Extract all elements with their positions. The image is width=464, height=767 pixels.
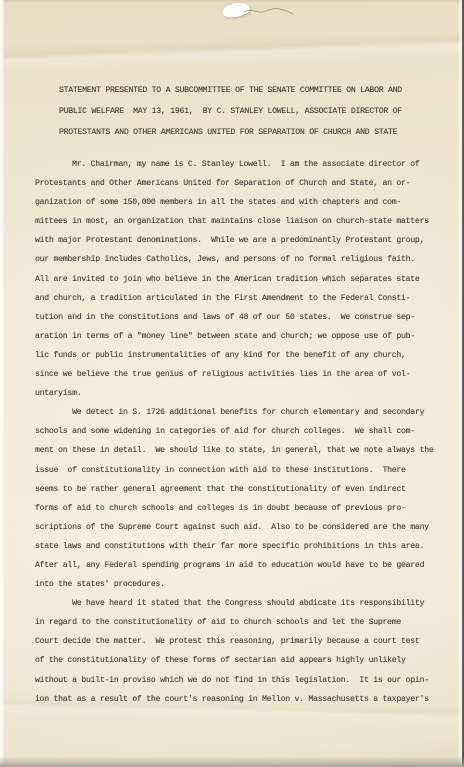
scan-edge-top	[0, 0, 464, 3]
text-line: aration in terms of a "money line" betwe…	[35, 327, 447, 346]
text-line: Court decide the matter. We protest this…	[35, 632, 447, 651]
text-line: forms of aid to church schools and colle…	[35, 499, 447, 518]
text-line: ganization of some 150,000 members in al…	[35, 193, 447, 212]
paper-crease-top	[0, 28, 464, 73]
text-line: in regard to the constitutionality of ai…	[35, 613, 447, 632]
text-line: lic funds or public instrumentalities of…	[35, 346, 447, 365]
text-line: since we believe the true genius of reli…	[35, 365, 447, 384]
text-line: with major Protestant denominations. Whi…	[35, 231, 447, 250]
heading-line: STATEMENT PRESENTED TO A SUBCOMMITTEE OF…	[59, 80, 447, 101]
paragraph-2: We detect in S. 1726 additional benefits…	[35, 403, 447, 594]
text-line: our membership includes Catholics, Jews,…	[35, 250, 447, 269]
text-line: and church, a tradition articulated in t…	[35, 289, 447, 308]
text-line: ment on these in detail. We should like …	[35, 441, 447, 460]
text-line: We have heard it stated that the Congres…	[35, 594, 447, 613]
document-heading: STATEMENT PRESENTED TO A SUBCOMMITTEE OF…	[35, 80, 447, 143]
text-line: scriptions of the Supreme Court against …	[35, 518, 447, 537]
text-line: issue of constitutionality in connection…	[35, 461, 447, 480]
heading-line: PROTESTANTS AND OTHER AMERICANS UNITED F…	[59, 122, 447, 143]
paragraph-1: Mr. Chairman, my name is C. Stanley Lowe…	[35, 155, 447, 403]
text-line: tution and in the constitutions and laws…	[35, 308, 447, 327]
document-body: Mr. Chairman, my name is C. Stanley Lowe…	[35, 155, 447, 709]
heading-line: PUBLIC WELFARE MAY 13, 1961, BY C. STANL…	[59, 101, 447, 122]
text-line: seems to be rather general agreement tha…	[35, 480, 447, 499]
text-line: Mr. Chairman, my name is C. Stanley Lowe…	[35, 155, 447, 174]
text-line: mittees in most, an organization that ma…	[35, 212, 447, 231]
text-line: of the constitutionality of these forms …	[35, 651, 447, 670]
scan-edge-bottom	[0, 756, 464, 767]
document-text: STATEMENT PRESENTED TO A SUBCOMMITTEE OF…	[35, 80, 447, 709]
text-line: We detect in S. 1726 additional benefits…	[35, 403, 447, 422]
paper-crease-squiggle	[243, 5, 301, 19]
text-line: schools and some widening in categories …	[35, 422, 447, 441]
scanned-document-page: STATEMENT PRESENTED TO A SUBCOMMITTEE OF…	[0, 0, 464, 767]
text-line: After all, any Federal spending programs…	[35, 556, 447, 575]
text-line: into the states' procedures.	[35, 575, 447, 594]
text-line: ion that as a result of the court's reas…	[35, 690, 447, 709]
scan-edge-left	[0, 0, 5, 767]
text-line: state laws and constitutions with their …	[35, 537, 447, 556]
text-line: Protestants and Other Americans United f…	[35, 174, 447, 193]
text-line: untaryism.	[35, 384, 447, 403]
paragraph-3: We have heard it stated that the Congres…	[35, 594, 447, 709]
text-line: without a built-in proviso which we do n…	[35, 671, 447, 690]
text-line: All are invited to join who believe in t…	[35, 270, 447, 289]
